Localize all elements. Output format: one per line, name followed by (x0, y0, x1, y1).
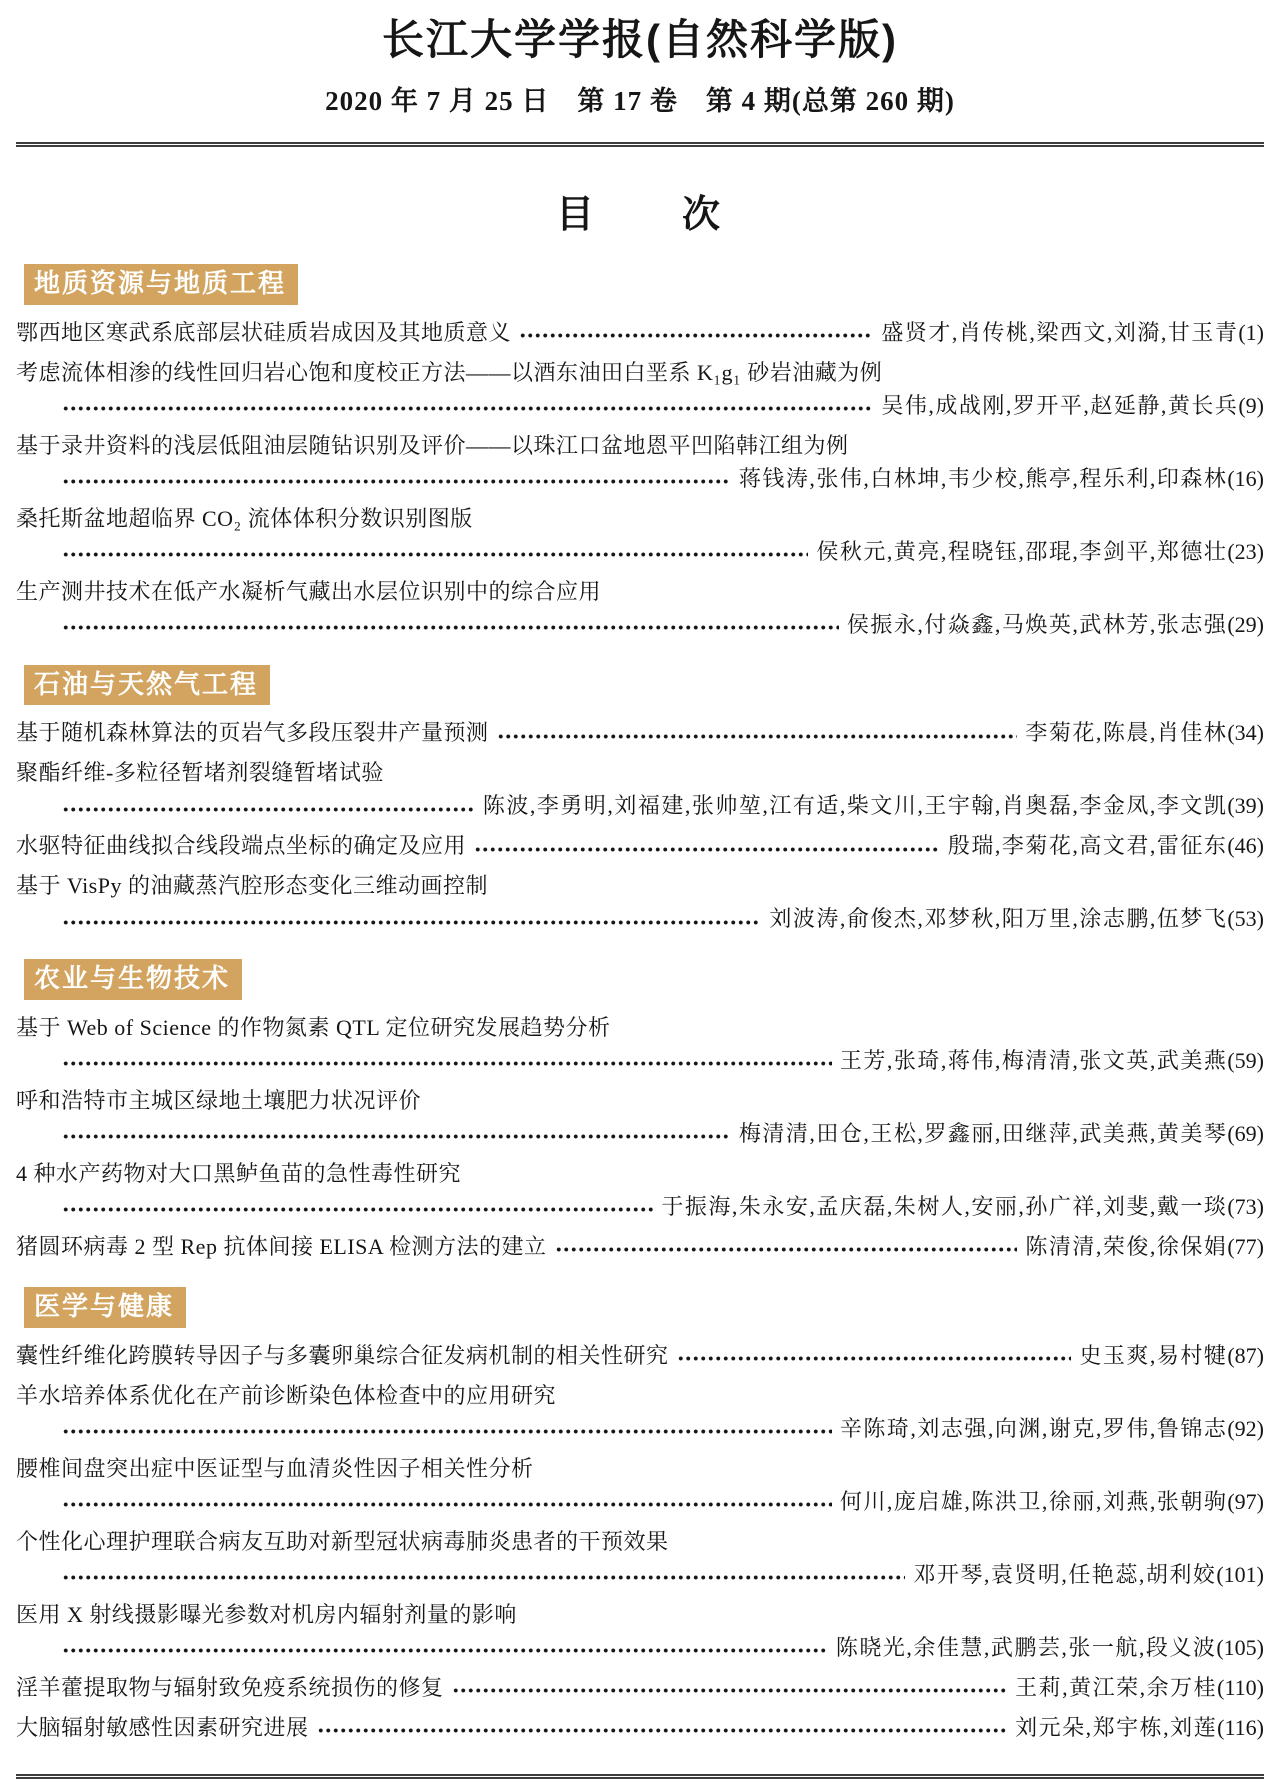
article-page-number: (46) (1227, 829, 1264, 862)
article-authors: 侯振永,付焱鑫,马焕英,武林芳,张志强 (847, 608, 1228, 641)
article-authors: 陈波,李勇明,刘福建,张帅堃,江有适,柴文川,王宇翰,肖奥磊,李金凤,李文凯 (483, 789, 1228, 822)
toc-entry: 基于随机森林算法的页岩气多段压裂井产量预测 李菊花,陈晨,肖佳林 (34) (16, 716, 1264, 749)
article-authors: 辛陈琦,刘志强,向渊,谢克,罗伟,鲁锦志 (840, 1412, 1228, 1445)
toc-entry: 4 种水产药物对大口黑鲈鱼苗的急性毒性研究 于振海,朱永安,孟庆磊,朱树人,安丽… (16, 1157, 1264, 1223)
article-page-number: (105) (1216, 1631, 1264, 1664)
article-page-number: (9) (1238, 389, 1264, 422)
article-page-number: (16) (1227, 462, 1264, 495)
toc-entry-author-row: 辛陈琦,刘志强,向渊,谢克,罗伟,鲁锦志 (92) (16, 1412, 1264, 1445)
toc-entry: 基于 VisPy 的油藏蒸汽腔形态变化三维动画控制 刘波涛,俞俊杰,邓梦秋,阳万… (16, 869, 1264, 935)
toc-section: 医学与健康 囊性纤维化跨膜转导因子与多囊卵巢综合征发病机制的相关性研究 史玉爽,… (16, 1270, 1264, 1744)
article-authors: 陈清清,荣俊,徐保娟 (1025, 1230, 1227, 1263)
toc-entry-author-row: 邓开琴,袁贤明,任艳蕊,胡利姣 (101) (16, 1558, 1264, 1591)
toc-entry-author-row: 陈晓光,余佳慧,武鹏芸,张一航,段义波 (105) (16, 1631, 1264, 1664)
toc-entry-title-row: 聚酯纤维-多粒径暂堵剂裂缝暂堵试验 (16, 756, 1264, 789)
toc-entry-title-row: 羊水培养体系优化在产前诊断染色体检查中的应用研究 (16, 1379, 1264, 1412)
article-title: 基于 Web of Science 的作物氮素 QTL 定位研究发展趋势分析 (16, 1011, 610, 1044)
article-page-number: (110) (1217, 1671, 1264, 1704)
article-authors: 梅清清,田仓,王松,罗鑫丽,田继萍,武美燕,黄美琴 (739, 1117, 1228, 1150)
toc-entry-author-row: 侯振永,付焱鑫,马焕英,武林芳,张志强 (29) (16, 608, 1264, 641)
toc-entry-author-row: 吴伟,成战刚,罗开平,赵延静,黄长兵 (9) (16, 389, 1264, 422)
article-title: 考虑流体相渗的线性回归岩心饱和度校正方法——以酒东油田白垩系 K₁g₁ 砂岩油藏… (16, 356, 882, 389)
toc-entry: 聚酯纤维-多粒径暂堵剂裂缝暂堵试验 陈波,李勇明,刘福建,张帅堃,江有适,柴文川… (16, 756, 1264, 822)
dot-leader (62, 1412, 832, 1445)
toc-entry-row: 基于随机森林算法的页岩气多段压裂井产量预测 李菊花,陈晨,肖佳林 (34) (16, 716, 1264, 749)
article-page-number: (97) (1227, 1485, 1264, 1518)
toc-entry-title-row: 基于 Web of Science 的作物氮素 QTL 定位研究发展趋势分析 (16, 1011, 1264, 1044)
section-header: 石油与天然气工程 (24, 665, 270, 706)
dot-leader (677, 1339, 1072, 1372)
article-title: 腰椎间盘突出症中医证型与血清炎性因子相关性分析 (16, 1452, 534, 1485)
toc-entry: 生产测井技术在低产水凝析气藏出水层位识别中的综合应用 侯振永,付焱鑫,马焕英,武… (16, 575, 1264, 641)
section-articles: 基于 Web of Science 的作物氮素 QTL 定位研究发展趋势分析 王… (16, 1011, 1264, 1263)
toc-entry: 鄂西地区寒武系底部层状硅质岩成因及其地质意义 盛贤才,肖传桃,梁西文,刘漪,甘玉… (16, 316, 1264, 349)
journal-title: 长江大学学报(自然科学版) (16, 16, 1264, 64)
toc-entry-title-row: 基于 VisPy 的油藏蒸汽腔形态变化三维动画控制 (16, 869, 1264, 902)
toc-entry-title-row: 个性化心理护理联合病友互助对新型冠状病毒肺炎患者的干预效果 (16, 1525, 1264, 1558)
article-authors: 吴伟,成战刚,罗开平,赵延静,黄长兵 (881, 389, 1238, 422)
article-page-number: (101) (1216, 1558, 1264, 1591)
article-authors: 邓开琴,袁贤明,任艳蕊,胡利姣 (913, 1558, 1216, 1591)
article-authors: 何川,庞启雄,陈洪卫,徐丽,刘燕,张朝驹 (840, 1485, 1228, 1518)
article-title: 桑托斯盆地超临界 CO₂ 流体体积分数识别图版 (16, 502, 473, 535)
article-page-number: (116) (1217, 1711, 1264, 1744)
article-authors: 于振海,朱永安,孟庆磊,朱树人,安丽,孙广祥,刘斐,戴一琰 (661, 1190, 1227, 1223)
toc-entry-title-row: 呼和浩特市主城区绿地土壤肥力状况评价 (16, 1084, 1264, 1117)
article-page-number: (92) (1227, 1412, 1264, 1445)
article-page-number: (39) (1227, 789, 1264, 822)
toc-entry: 个性化心理护理联合病友互助对新型冠状病毒肺炎患者的干预效果 邓开琴,袁贤明,任艳… (16, 1525, 1264, 1591)
toc-entry: 淫羊藿提取物与辐射致免疫系统损伤的修复 王莉,黄江荣,余万桂 (110) (16, 1671, 1264, 1704)
article-page-number: (29) (1227, 608, 1264, 641)
bottom-double-rule (16, 1774, 1264, 1779)
toc-entry-row: 水驱特征曲线拟合线段端点坐标的确定及应用 殷瑞,李菊花,高文君,雷征东 (46) (16, 829, 1264, 862)
section-title: 农业与生物技术 (34, 963, 230, 993)
toc-heading: 目 次 (16, 183, 1264, 238)
section-header: 医学与健康 (24, 1287, 186, 1328)
dot-leader (519, 316, 873, 349)
section-header: 地质资源与地质工程 (24, 264, 298, 305)
toc-entry: 大脑辐射敏感性因素研究进展 刘元朵,郑宇栋,刘莲 (116) (16, 1711, 1264, 1744)
toc-entry-title-row: 腰椎间盘突出症中医证型与血清炎性因子相关性分析 (16, 1452, 1264, 1485)
dot-leader (555, 1230, 1018, 1263)
toc-entry-title-row: 基于录井资料的浅层低阻油层随钻识别及评价——以珠江口盆地恩平凹陷韩江组为例 (16, 429, 1264, 462)
article-title: 基于录井资料的浅层低阻油层随钻识别及评价——以珠江口盆地恩平凹陷韩江组为例 (16, 429, 849, 462)
toc-entry: 囊性纤维化跨膜转导因子与多囊卵巢综合征发病机制的相关性研究 史玉爽,易村犍 (8… (16, 1339, 1264, 1372)
dot-leader (474, 829, 940, 862)
toc-entry: 羊水培养体系优化在产前诊断染色体检查中的应用研究 辛陈琦,刘志强,向渊,谢克,罗… (16, 1379, 1264, 1445)
article-title: 水驱特征曲线拟合线段端点坐标的确定及应用 (16, 829, 466, 862)
toc-section: 农业与生物技术 基于 Web of Science 的作物氮素 QTL 定位研究… (16, 942, 1264, 1263)
article-authors: 王莉,黄江荣,余万桂 (1015, 1671, 1217, 1704)
toc-section: 石油与天然气工程 基于随机森林算法的页岩气多段压裂井产量预测 李菊花,陈晨,肖佳… (16, 648, 1264, 936)
article-title: 囊性纤维化跨膜转导因子与多囊卵巢综合征发病机制的相关性研究 (16, 1339, 669, 1372)
toc-entry: 腰椎间盘突出症中医证型与血清炎性因子相关性分析 何川,庞启雄,陈洪卫,徐丽,刘燕… (16, 1452, 1264, 1518)
toc-entry-title-row: 4 种水产药物对大口黑鲈鱼苗的急性毒性研究 (16, 1157, 1264, 1190)
toc-entry-row: 大脑辐射敏感性因素研究进展 刘元朵,郑宇栋,刘莲 (116) (16, 1711, 1264, 1744)
toc-entry-title-row: 桑托斯盆地超临界 CO₂ 流体体积分数识别图版 (16, 502, 1264, 535)
dot-leader (497, 716, 1018, 749)
article-authors: 蒋钱涛,张伟,白林坤,韦少校,熊亭,程乐利,印森林 (739, 462, 1228, 495)
article-title: 猪圆环病毒 2 型 Rep 抗体间接 ELISA 检测方法的建立 (16, 1230, 547, 1263)
toc-entry: 猪圆环病毒 2 型 Rep 抗体间接 ELISA 检测方法的建立 陈清清,荣俊,… (16, 1230, 1264, 1263)
article-authors: 王芳,张琦,蒋伟,梅清清,张文英,武美燕 (840, 1044, 1228, 1077)
article-authors: 陈晓光,余佳慧,武鹏芸,张一航,段义波 (836, 1631, 1217, 1664)
dot-leader (62, 1558, 905, 1591)
section-articles: 基于随机森林算法的页岩气多段压裂井产量预测 李菊花,陈晨,肖佳林 (34) 聚酯… (16, 716, 1264, 935)
toc-entry: 水驱特征曲线拟合线段端点坐标的确定及应用 殷瑞,李菊花,高文君,雷征东 (46) (16, 829, 1264, 862)
article-title: 淫羊藿提取物与辐射致免疫系统损伤的修复 (16, 1671, 444, 1704)
article-page-number: (69) (1227, 1117, 1264, 1150)
section-title: 地质资源与地质工程 (34, 268, 286, 298)
article-title: 羊水培养体系优化在产前诊断染色体检查中的应用研究 (16, 1379, 556, 1412)
toc-entry-author-row: 于振海,朱永安,孟庆磊,朱树人,安丽,孙广祥,刘斐,戴一琰 (73) (16, 1190, 1264, 1223)
toc-entry-title-row: 医用 X 射线摄影曝光参数对机房内辐射剂量的影响 (16, 1598, 1264, 1631)
article-title: 呼和浩特市主城区绿地土壤肥力状况评价 (16, 1084, 421, 1117)
section-title: 石油与天然气工程 (34, 669, 258, 699)
toc-entry: 考虑流体相渗的线性回归岩心饱和度校正方法——以酒东油田白垩系 K₁g₁ 砂岩油藏… (16, 356, 1264, 422)
toc-entry-author-row: 侯秋元,黄亮,程晓钰,邵琨,李剑平,郑德壮 (23) (16, 535, 1264, 568)
toc-entry: 医用 X 射线摄影曝光参数对机房内辐射剂量的影响 陈晓光,余佳慧,武鹏芸,张一航… (16, 1598, 1264, 1664)
dot-leader (62, 1485, 832, 1518)
section-title: 医学与健康 (34, 1291, 174, 1321)
article-title: 聚酯纤维-多粒径暂堵剂裂缝暂堵试验 (16, 756, 384, 789)
article-page-number: (87) (1227, 1339, 1264, 1372)
toc-entry-author-row: 陈波,李勇明,刘福建,张帅堃,江有适,柴文川,王宇翰,肖奥磊,李金凤,李文凯 (… (16, 789, 1264, 822)
dot-leader (62, 1631, 828, 1664)
dot-leader (62, 389, 873, 422)
article-title: 生产测井技术在低产水凝析气藏出水层位识别中的综合应用 (16, 575, 601, 608)
article-page-number: (73) (1227, 1190, 1264, 1223)
article-title: 基于 VisPy 的油藏蒸汽腔形态变化三维动画控制 (16, 869, 488, 902)
article-title: 鄂西地区寒武系底部层状硅质岩成因及其地质意义 (16, 316, 511, 349)
article-title: 4 种水产药物对大口黑鲈鱼苗的急性毒性研究 (16, 1157, 461, 1190)
toc-entry-title-row: 考虑流体相渗的线性回归岩心饱和度校正方法——以酒东油田白垩系 K₁g₁ 砂岩油藏… (16, 356, 1264, 389)
toc-entry-row: 囊性纤维化跨膜转导因子与多囊卵巢综合征发病机制的相关性研究 史玉爽,易村犍 (8… (16, 1339, 1264, 1372)
toc-entry: 基于 Web of Science 的作物氮素 QTL 定位研究发展趋势分析 王… (16, 1011, 1264, 1077)
toc-entry-row: 鄂西地区寒武系底部层状硅质岩成因及其地质意义 盛贤才,肖传桃,梁西文,刘漪,甘玉… (16, 316, 1264, 349)
article-page-number: (77) (1227, 1230, 1264, 1263)
dot-leader (62, 789, 475, 822)
toc-entry: 桑托斯盆地超临界 CO₂ 流体体积分数识别图版 侯秋元,黄亮,程晓钰,邵琨,李剑… (16, 502, 1264, 568)
dot-leader (62, 1117, 731, 1150)
article-authors: 刘元朵,郑宇栋,刘莲 (1015, 1711, 1217, 1744)
toc-sections: 地质资源与地质工程 鄂西地区寒武系底部层状硅质岩成因及其地质意义 盛贤才,肖传桃… (16, 238, 1264, 1743)
top-double-rule (16, 142, 1264, 147)
article-authors: 李菊花,陈晨,肖佳林 (1025, 716, 1227, 749)
toc-entry: 基于录井资料的浅层低阻油层随钻识别及评价——以珠江口盆地恩平凹陷韩江组为例 蒋钱… (16, 429, 1264, 495)
toc-entry-author-row: 王芳,张琦,蒋伟,梅清清,张文英,武美燕 (59) (16, 1044, 1264, 1077)
article-title: 个性化心理护理联合病友互助对新型冠状病毒肺炎患者的干预效果 (16, 1525, 669, 1558)
article-page-number: (59) (1227, 1044, 1264, 1077)
article-page-number: (1) (1238, 316, 1264, 349)
dot-leader (62, 462, 731, 495)
dot-leader (62, 535, 808, 568)
toc-entry-author-row: 何川,庞启雄,陈洪卫,徐丽,刘燕,张朝驹 (97) (16, 1485, 1264, 1518)
article-authors: 侯秋元,黄亮,程晓钰,邵琨,李剑平,郑德壮 (816, 535, 1227, 568)
section-articles: 鄂西地区寒武系底部层状硅质岩成因及其地质意义 盛贤才,肖传桃,梁西文,刘漪,甘玉… (16, 316, 1264, 641)
dot-leader (62, 902, 761, 935)
article-authors: 史玉爽,易村犍 (1079, 1339, 1227, 1372)
article-page-number: (23) (1227, 535, 1264, 568)
dot-leader (317, 1711, 1008, 1744)
article-page-number: (53) (1227, 902, 1264, 935)
toc-section: 地质资源与地质工程 鄂西地区寒武系底部层状硅质岩成因及其地质意义 盛贤才,肖传桃… (16, 238, 1264, 641)
article-authors: 殷瑞,李菊花,高文君,雷征东 (948, 829, 1228, 862)
toc-entry-row: 猪圆环病毒 2 型 Rep 抗体间接 ELISA 检测方法的建立 陈清清,荣俊,… (16, 1230, 1264, 1263)
toc-page: 长江大学学报(自然科学版) 2020 年 7 月 25 日 第 17 卷 第 4… (0, 0, 1280, 1779)
toc-entry: 呼和浩特市主城区绿地土壤肥力状况评价 梅清清,田仓,王松,罗鑫丽,田继萍,武美燕… (16, 1084, 1264, 1150)
toc-entry-title-row: 生产测井技术在低产水凝析气藏出水层位识别中的综合应用 (16, 575, 1264, 608)
article-page-number: (34) (1227, 716, 1264, 749)
article-authors: 盛贤才,肖传桃,梁西文,刘漪,甘玉青 (881, 316, 1238, 349)
dot-leader (62, 1044, 832, 1077)
article-authors: 刘波涛,俞俊杰,邓梦秋,阳万里,涂志鹏,伍梦飞 (769, 902, 1227, 935)
toc-entry-author-row: 梅清清,田仓,王松,罗鑫丽,田继萍,武美燕,黄美琴 (69) (16, 1117, 1264, 1150)
journal-issue-line: 2020 年 7 月 25 日 第 17 卷 第 4 期(总第 260 期) (16, 79, 1264, 118)
dot-leader (62, 608, 839, 641)
dot-leader (62, 1190, 653, 1223)
article-title: 基于随机森林算法的页岩气多段压裂井产量预测 (16, 716, 489, 749)
toc-entry-author-row: 蒋钱涛,张伟,白林坤,韦少校,熊亭,程乐利,印森林 (16) (16, 462, 1264, 495)
article-title: 大脑辐射敏感性因素研究进展 (16, 1711, 309, 1744)
dot-leader (452, 1671, 1008, 1704)
toc-entry-author-row: 刘波涛,俞俊杰,邓梦秋,阳万里,涂志鹏,伍梦飞 (53) (16, 902, 1264, 935)
section-articles: 囊性纤维化跨膜转导因子与多囊卵巢综合征发病机制的相关性研究 史玉爽,易村犍 (8… (16, 1339, 1264, 1744)
article-title: 医用 X 射线摄影曝光参数对机房内辐射剂量的影响 (16, 1598, 517, 1631)
toc-entry-row: 淫羊藿提取物与辐射致免疫系统损伤的修复 王莉,黄江荣,余万桂 (110) (16, 1671, 1264, 1704)
section-header: 农业与生物技术 (24, 959, 242, 1000)
